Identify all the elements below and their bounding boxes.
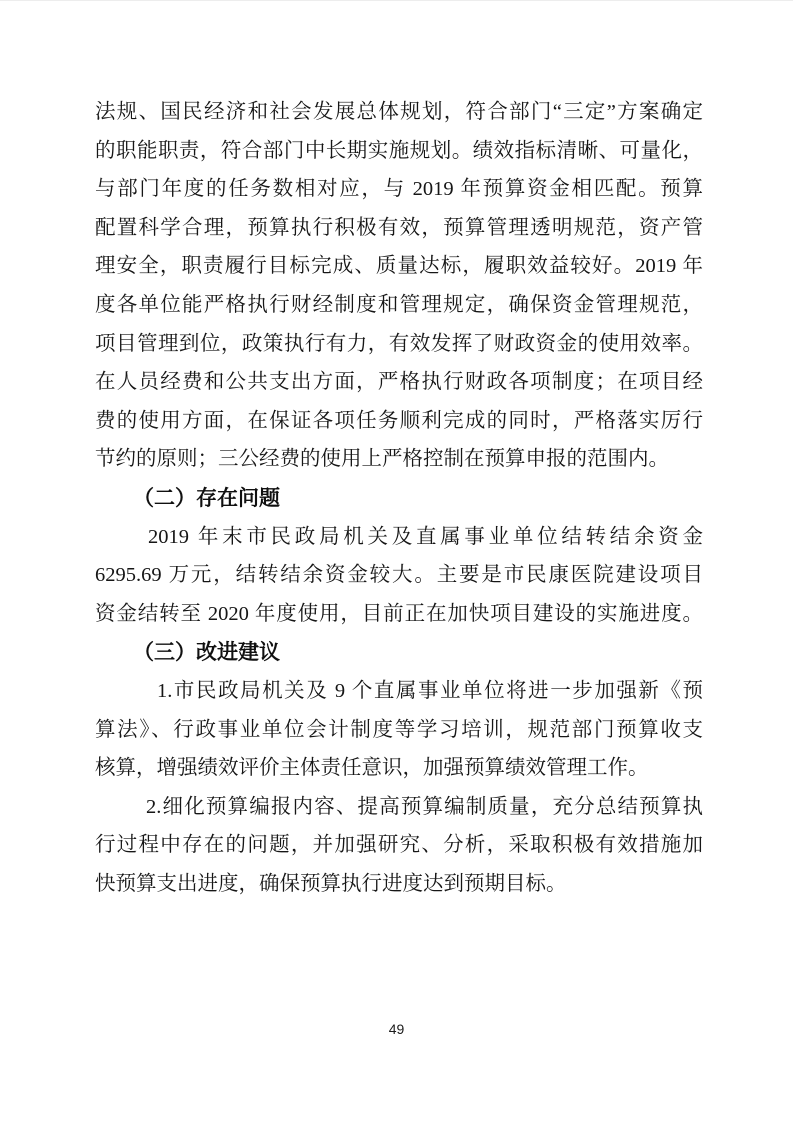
text-line: 行过程中存在的问题，并加强研究、分析，采取积极有效措施加: [95, 826, 703, 865]
text-line: 2019 年末市民政局机关及直属事业单位结转结余资金: [95, 518, 703, 557]
document-body: 法规、国民经济和社会发展总体规划，符合部门“三定”方案确定 的职能职责，符合部门…: [95, 93, 703, 903]
text-line: 节约的原则；三公经费的使用上严格控制在预算申报的范围内。: [95, 440, 703, 479]
text-line: 1.市民政局机关及 9 个直属事业单位将进一步加强新《预: [95, 672, 703, 711]
text-line: 项目管理到位，政策执行有力，有效发挥了财政资金的使用效率。: [95, 325, 703, 364]
text-line: 2.细化预算编报内容、提高预算编制质量，充分总结预算执: [95, 788, 703, 827]
section-heading-suggestions: （三）改进建议: [95, 633, 703, 672]
text-line: 费的使用方面，在保证各项任务顺利完成的同时，严格落实厉行: [95, 402, 703, 441]
text-line: 与部门年度的任务数相对应，与 2019 年预算资金相匹配。预算: [95, 170, 703, 209]
text-line: 配置科学合理，预算执行积极有效，预算管理透明规范，资产管: [95, 209, 703, 248]
section-heading-problems: （二）存在问题: [95, 479, 703, 518]
text-line: 算法》、行政事业单位会计制度等学习培训，规范部门预算收支: [95, 711, 703, 750]
text-line: 6295.69 万元，结转结余资金较大。主要是市民康医院建设项目: [95, 556, 703, 595]
text-line: 快预算支出进度，确保预算执行进度达到预期目标。: [95, 865, 703, 904]
document-page: 法规、国民经济和社会发展总体规划，符合部门“三定”方案确定 的职能职责，符合部门…: [0, 0, 793, 1122]
text-line: 的职能职责，符合部门中长期实施规划。绩效指标清晰、可量化，: [95, 132, 703, 171]
text-line: 法规、国民经济和社会发展总体规划，符合部门“三定”方案确定: [95, 93, 703, 132]
text-line: 度各单位能严格执行财经制度和管理规定，确保资金管理规范，: [95, 286, 703, 325]
text-line: 理安全，职责履行目标完成、质量达标，履职效益较好。2019 年: [95, 247, 703, 286]
page-number: 49: [0, 1021, 793, 1037]
text-line: 资金结转至 2020 年度使用，目前正在加快项目建设的实施进度。: [95, 595, 703, 634]
text-line: 核算，增强绩效评价主体责任意识，加强预算绩效管理工作。: [95, 749, 703, 788]
text-line: 在人员经费和公共支出方面，严格执行财政各项制度；在项目经: [95, 363, 703, 402]
